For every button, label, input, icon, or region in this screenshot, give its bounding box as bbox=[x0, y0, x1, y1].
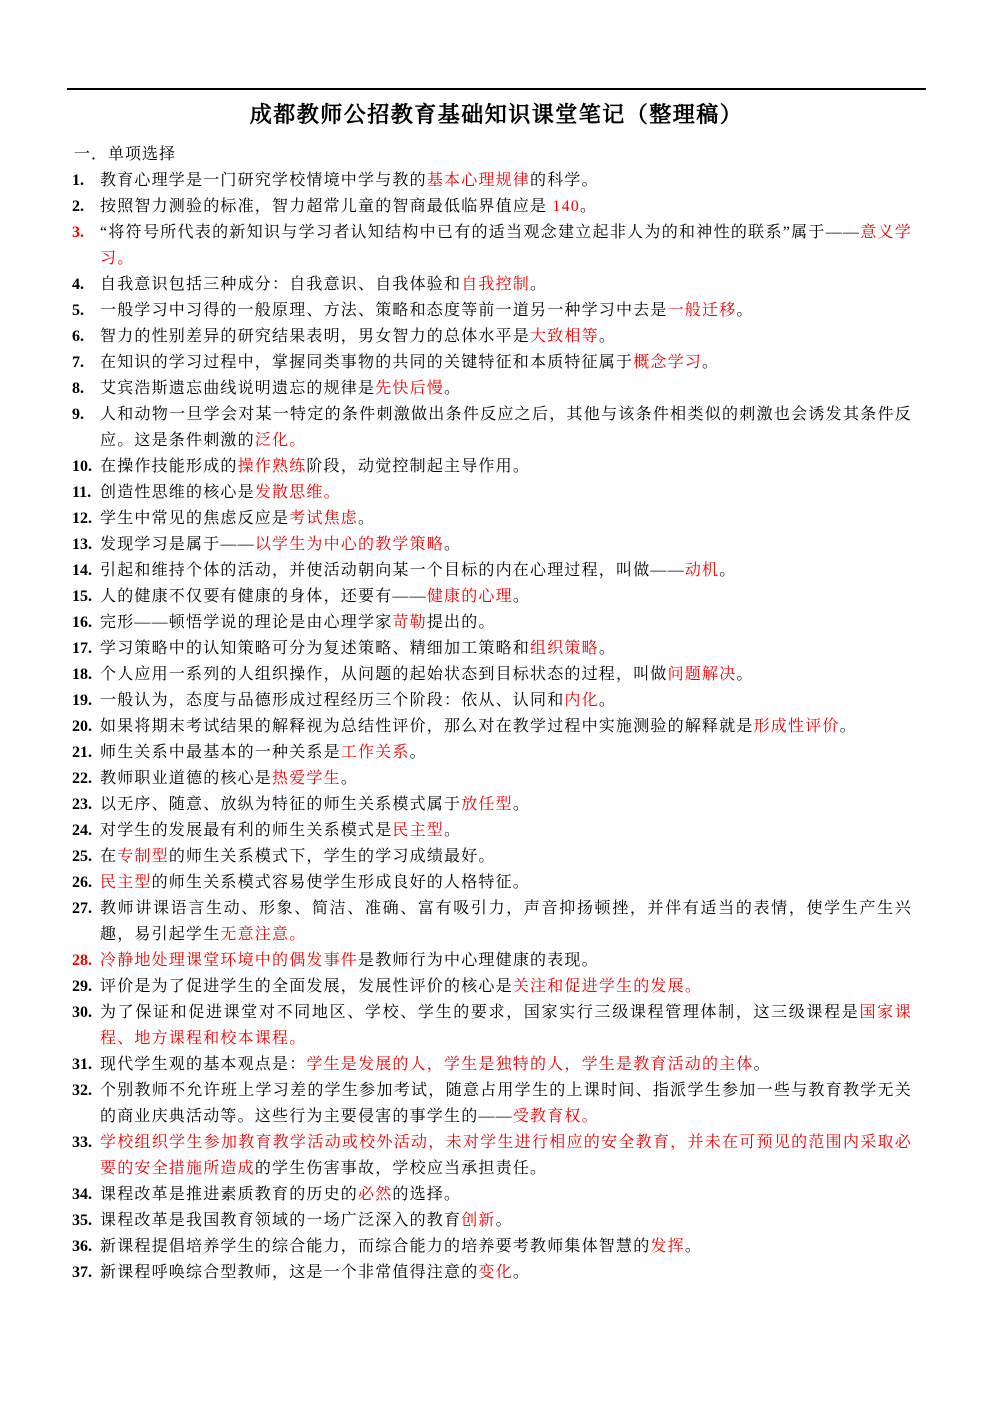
question-text: 教师职业道德的核心是 bbox=[100, 770, 272, 787]
question-text: 人和动物一旦学会对某一特定的条件刺激做出条件反应之后，其他与该条件相类似的刺激也… bbox=[100, 406, 912, 449]
question-text: 一般认为，态度与品德形成过程经历三个阶段：依从、认同和 bbox=[100, 692, 564, 709]
question-text: 的科学。 bbox=[530, 172, 599, 189]
list-item: 16.完形——顿悟学说的理论是由心理学家苛勒提出的。 bbox=[72, 610, 920, 636]
item-number: 18. bbox=[72, 662, 100, 688]
list-item: 24.对学生的发展最有利的师生关系模式是民主型。 bbox=[72, 818, 920, 844]
list-item: 35.课程改革是我国教育领域的一场广泛深入的教育创新。 bbox=[72, 1208, 920, 1234]
highlighted-answer-text: 内化 bbox=[564, 692, 598, 709]
question-text: 智力的性别差异的研究结果表明，男女智力的总体水平是 bbox=[100, 328, 530, 345]
highlighted-answer-text: 组织策略 bbox=[530, 640, 599, 657]
list-item: 10.在操作技能形成的操作熟练阶段，动觉控制起主导作用。 bbox=[72, 454, 920, 480]
highlighted-answer-text: 民主型 bbox=[100, 874, 152, 891]
question-text: 。 bbox=[444, 536, 461, 553]
item-text: 新课程呼唤综合型教师，这是一个非常值得注意的变化。 bbox=[100, 1260, 912, 1286]
item-text: 教育心理学是一门研究学校情境中学与教的基本心理规律的科学。 bbox=[100, 168, 912, 194]
item-text: 学校组织学生参加教育教学活动或校外活动，未对学生进行相应的安全教育，并未在可预见… bbox=[100, 1130, 912, 1182]
list-item: 33.学校组织学生参加教育教学活动或校外活动，未对学生进行相应的安全教育，并未在… bbox=[72, 1130, 920, 1182]
question-text: 教育心理学是一门研究学校情境中学与教的 bbox=[100, 172, 427, 189]
item-number: 19. bbox=[72, 688, 100, 714]
item-number: 9. bbox=[72, 402, 100, 428]
item-number: 32. bbox=[72, 1078, 100, 1104]
question-text: 。 bbox=[513, 588, 530, 605]
item-number: 36. bbox=[72, 1234, 100, 1260]
question-text: 创造性思维的核心是 bbox=[100, 484, 255, 501]
question-text: 个人应用一系列的人组织操作，从问题的起始状态到目标状态的过程，叫做 bbox=[100, 666, 668, 683]
item-number: 30. bbox=[72, 1000, 100, 1026]
item-number: 15. bbox=[72, 584, 100, 610]
question-text: 。 bbox=[410, 744, 427, 761]
highlighted-answer-text: 专制型 bbox=[117, 848, 169, 865]
item-number: 12. bbox=[72, 506, 100, 532]
item-number: 37. bbox=[72, 1260, 100, 1286]
question-text: 新课程呼唤综合型教师，这是一个非常值得注意的 bbox=[100, 1264, 478, 1281]
item-text: 人和动物一旦学会对某一特定的条件刺激做出条件反应之后，其他与该条件相类似的刺激也… bbox=[100, 402, 912, 454]
list-item: 29.评价是为了促进学生的全面发展，发展性评价的核心是关注和促进学生的发展。 bbox=[72, 974, 920, 1000]
question-text: 对学生的发展最有利的师生关系模式是 bbox=[100, 822, 392, 839]
item-text: 评价是为了促进学生的全面发展，发展性评价的核心是关注和促进学生的发展。 bbox=[100, 974, 912, 1000]
list-item: 19.一般认为，态度与品德形成过程经历三个阶段：依从、认同和内化。 bbox=[72, 688, 920, 714]
highlighted-answer-text: 动机 bbox=[685, 562, 719, 579]
highlighted-answer-text: 关注和促进学生的发展。 bbox=[513, 978, 702, 995]
question-text: 在操作技能形成的 bbox=[100, 458, 238, 475]
question-text: 。 bbox=[513, 796, 530, 813]
item-text: 如果将期末考试结果的解释视为总结性评价，那么对在教学过程中实施测验的解释就是形成… bbox=[100, 714, 912, 740]
item-number: 20. bbox=[72, 714, 100, 740]
highlighted-answer-text: 发挥 bbox=[650, 1238, 684, 1255]
item-text: 新课程提倡培养学生的综合能力，而综合能力的培养要考教师集体智慧的发挥。 bbox=[100, 1234, 912, 1260]
question-text: 的师生关系模式下，学生的学习成绩最好。 bbox=[169, 848, 496, 865]
item-number: 10. bbox=[72, 454, 100, 480]
question-text: 。 bbox=[719, 562, 736, 579]
highlighted-answer-text: 冷静地处理课堂环境中的偶发事件 bbox=[100, 952, 358, 969]
item-number: 34. bbox=[72, 1182, 100, 1208]
list-item: 31.现代学生观的基本观点是：学生是发展的人，学生是独特的人，学生是教育活动的主… bbox=[72, 1052, 920, 1078]
question-text: 。 bbox=[580, 198, 597, 215]
item-text: 完形——顿悟学说的理论是由心理学家苛勒提出的。 bbox=[100, 610, 912, 636]
question-text: 学习策略中的认知策略可分为复述策略、精细加工策略和 bbox=[100, 640, 530, 657]
item-text: 智力的性别差异的研究结果表明，男女智力的总体水平是大致相等。 bbox=[100, 324, 912, 350]
item-text: 对学生的发展最有利的师生关系模式是民主型。 bbox=[100, 818, 912, 844]
question-text: 。 bbox=[736, 302, 753, 319]
item-text: 一般学习中习得的一般原理、方法、策略和态度等前一道另一种学习中去是一般迁移。 bbox=[100, 298, 912, 324]
item-number: 29. bbox=[72, 974, 100, 1000]
item-text: 为了保证和促进课堂对不同地区、学校、学生的要求，国家实行三级课程管理体制，这三级… bbox=[100, 1000, 912, 1052]
question-text: 在 bbox=[100, 848, 117, 865]
list-item: 12.学生中常见的焦虑反应是考试焦虑。 bbox=[72, 506, 920, 532]
item-number: 25. bbox=[72, 844, 100, 870]
item-number: 14. bbox=[72, 558, 100, 584]
question-text: 。 bbox=[513, 1264, 530, 1281]
question-text: 课程改革是推进素质教育的历史的 bbox=[100, 1186, 358, 1203]
question-text: 个别教师不允许班上学习差的学生参加考试，随意占用学生的上课时间、指派学生参加一些… bbox=[100, 1082, 912, 1125]
item-text: 教师职业道德的核心是热爱学生。 bbox=[100, 766, 912, 792]
question-list: 1.教育心理学是一门研究学校情境中学与教的基本心理规律的科学。2.按照智力测验的… bbox=[72, 168, 920, 1286]
item-number: 22. bbox=[72, 766, 100, 792]
highlighted-answer-text: 自我控制 bbox=[461, 276, 530, 293]
question-text: 。 bbox=[736, 666, 753, 683]
item-text: 自我意识包括三种成分：自我意识、自我体验和自我控制。 bbox=[100, 272, 912, 298]
item-text: 按照智力测验的标准，智力超常儿童的智商最低临界值应是 140。 bbox=[100, 194, 912, 220]
question-text: 。 bbox=[685, 1238, 702, 1255]
item-number: 24. bbox=[72, 818, 100, 844]
item-number: 33. bbox=[72, 1130, 100, 1156]
item-text: 民主型的师生关系模式容易使学生形成良好的人格特征。 bbox=[100, 870, 912, 896]
highlighted-answer-text: 一般迁移 bbox=[668, 302, 737, 319]
highlighted-answer-text: 以学生为中心的教学策略 bbox=[255, 536, 444, 553]
list-item: 1.教育心理学是一门研究学校情境中学与教的基本心理规律的科学。 bbox=[72, 168, 920, 194]
question-text: 。 bbox=[840, 718, 857, 735]
item-text: 引起和维持个体的活动，并使活动朝向某一个目标的内在心理过程，叫做——动机。 bbox=[100, 558, 912, 584]
item-text: 现代学生观的基本观点是：学生是发展的人，学生是独特的人，学生是教育活动的主体。 bbox=[100, 1052, 912, 1078]
highlighted-answer-text: 无意注意。 bbox=[220, 926, 306, 943]
item-text: 学习策略中的认知策略可分为复述策略、精细加工策略和组织策略。 bbox=[100, 636, 912, 662]
item-text: 在知识的学习过程中，掌握同类事物的共同的关键特征和本质特征属于概念学习。 bbox=[100, 350, 912, 376]
item-text: “将符号所代表的新知识与学习者认知结构中已有的适当观念建立起非人为的和神性的联系… bbox=[100, 220, 912, 272]
question-text: 师生关系中最基本的一种关系是 bbox=[100, 744, 341, 761]
list-item: 32.个别教师不允许班上学习差的学生参加考试，随意占用学生的上课时间、指派学生参… bbox=[72, 1078, 920, 1130]
item-text: 在专制型的师生关系模式下，学生的学习成绩最好。 bbox=[100, 844, 912, 870]
item-text: 以无序、随意、放纵为特征的师生关系模式属于放任型。 bbox=[100, 792, 912, 818]
highlighted-answer-text: 操作熟练 bbox=[238, 458, 307, 475]
question-text: 按照智力测验的标准，智力超常儿童的智商最低临界值应是 bbox=[100, 198, 552, 215]
question-text: 课程改革是我国教育领域的一场广泛深入的教育 bbox=[100, 1212, 461, 1229]
question-text: 是教师行为中心理健康的表现。 bbox=[358, 952, 599, 969]
question-text: 。 bbox=[358, 510, 375, 527]
list-item: 13.发现学习是属于——以学生为中心的教学策略。 bbox=[72, 532, 920, 558]
item-number: 4. bbox=[72, 272, 100, 298]
item-number: 23. bbox=[72, 792, 100, 818]
question-text: 为了保证和促进课堂对不同地区、学校、学生的要求，国家实行三级课程管理体制，这三级… bbox=[100, 1004, 859, 1021]
item-number: 26. bbox=[72, 870, 100, 896]
question-text: 人的健康不仅要有健康的身体，还要有—— bbox=[100, 588, 427, 605]
list-item: 17.学习策略中的认知策略可分为复述策略、精细加工策略和组织策略。 bbox=[72, 636, 920, 662]
item-number: 11. bbox=[72, 480, 100, 506]
list-item: 7.在知识的学习过程中，掌握同类事物的共同的关键特征和本质特征属于概念学习。 bbox=[72, 350, 920, 376]
list-item: 5.一般学习中习得的一般原理、方法、策略和态度等前一道另一种学习中去是一般迁移。 bbox=[72, 298, 920, 324]
list-item: 15.人的健康不仅要有健康的身体，还要有——健康的心理。 bbox=[72, 584, 920, 610]
item-text: 冷静地处理课堂环境中的偶发事件是教师行为中心理健康的表现。 bbox=[100, 948, 912, 974]
question-text: 。 bbox=[444, 822, 461, 839]
item-text: 人的健康不仅要有健康的身体，还要有——健康的心理。 bbox=[100, 584, 912, 610]
highlighted-answer-text: 大致相等 bbox=[530, 328, 599, 345]
list-item: 30.为了保证和促进课堂对不同地区、学校、学生的要求，国家实行三级课程管理体制，… bbox=[72, 1000, 920, 1052]
list-item: 18.个人应用一系列的人组织操作，从问题的起始状态到目标状态的过程，叫做问题解决… bbox=[72, 662, 920, 688]
list-item: 11.创造性思维的核心是发散思维。 bbox=[72, 480, 920, 506]
question-text: 提出的。 bbox=[427, 614, 496, 631]
list-item: 34.课程改革是推进素质教育的历史的必然的选择。 bbox=[72, 1182, 920, 1208]
question-text: 阶段，动觉控制起主导作用。 bbox=[306, 458, 530, 475]
list-item: 14.引起和维持个体的活动，并使活动朝向某一个目标的内在心理过程，叫做——动机。 bbox=[72, 558, 920, 584]
list-item: 2.按照智力测验的标准，智力超常儿童的智商最低临界值应是 140。 bbox=[72, 194, 920, 220]
list-item: 4.自我意识包括三种成分：自我意识、自我体验和自我控制。 bbox=[72, 272, 920, 298]
item-text: 发现学习是属于——以学生为中心的教学策略。 bbox=[100, 532, 912, 558]
item-text: 在操作技能形成的操作熟练阶段，动觉控制起主导作用。 bbox=[100, 454, 912, 480]
list-item: 20.如果将期末考试结果的解释视为总结性评价，那么对在教学过程中实施测验的解释就… bbox=[72, 714, 920, 740]
item-number: 17. bbox=[72, 636, 100, 662]
item-number: 28. bbox=[72, 948, 100, 974]
highlighted-answer-text: 创新 bbox=[461, 1212, 495, 1229]
highlighted-answer-text: 泛化。 bbox=[255, 432, 307, 449]
item-number: 2. bbox=[72, 194, 100, 220]
question-text: 发现学习是属于—— bbox=[100, 536, 255, 553]
list-item: 36.新课程提倡培养学生的综合能力，而综合能力的培养要考教师集体智慧的发挥。 bbox=[72, 1234, 920, 1260]
question-text: 完形——顿悟学说的理论是由心理学家 bbox=[100, 614, 392, 631]
item-text: 个人应用一系列的人组织操作，从问题的起始状态到目标状态的过程，叫做问题解决。 bbox=[100, 662, 912, 688]
highlighted-answer-text: 民主型 bbox=[392, 822, 444, 839]
highlighted-answer-text: 基本心理规律 bbox=[427, 172, 530, 189]
item-number: 27. bbox=[72, 896, 100, 922]
question-text: 如果将期末考试结果的解释视为总结性评价，那么对在教学过程中实施测验的解释就是 bbox=[100, 718, 754, 735]
highlighted-answer-text: 受教育权。 bbox=[513, 1108, 599, 1125]
list-item: 37.新课程呼唤综合型教师，这是一个非常值得注意的变化。 bbox=[72, 1260, 920, 1286]
question-text: 现代学生观的基本观点是： bbox=[100, 1056, 306, 1073]
highlighted-answer-text: 必然 bbox=[358, 1186, 392, 1203]
item-text: 创造性思维的核心是发散思维。 bbox=[100, 480, 912, 506]
question-text: 。 bbox=[599, 640, 616, 657]
item-number: 7. bbox=[72, 350, 100, 376]
highlighted-answer-text: 形成性评价 bbox=[754, 718, 840, 735]
header-divider bbox=[67, 88, 926, 90]
list-item: 8.艾宾浩斯遗忘曲线说明遗忘的规律是先快后慢。 bbox=[72, 376, 920, 402]
list-item: 21.师生关系中最基本的一种关系是工作关系。 bbox=[72, 740, 920, 766]
page-title: 成都教师公招教育基础知识课堂笔记（整理稿） bbox=[0, 98, 993, 129]
item-text: 课程改革是我国教育领域的一场广泛深入的教育创新。 bbox=[100, 1208, 912, 1234]
item-number: 8. bbox=[72, 376, 100, 402]
item-number: 5. bbox=[72, 298, 100, 324]
highlighted-answer-text: 苛勒 bbox=[392, 614, 426, 631]
question-text: 。 bbox=[754, 1056, 771, 1073]
item-number: 6. bbox=[72, 324, 100, 350]
item-number: 16. bbox=[72, 610, 100, 636]
question-text: 以无序、随意、放纵为特征的师生关系模式属于 bbox=[100, 796, 461, 813]
highlighted-answer-text: 考试焦虑 bbox=[289, 510, 358, 527]
section-heading: 一．单项选择 bbox=[74, 144, 176, 166]
highlighted-answer-text: 问题解决 bbox=[668, 666, 737, 683]
highlighted-answer-text: 放任型 bbox=[461, 796, 513, 813]
item-text: 一般认为，态度与品德形成过程经历三个阶段：依从、认同和内化。 bbox=[100, 688, 912, 714]
list-item: 25.在专制型的师生关系模式下，学生的学习成绩最好。 bbox=[72, 844, 920, 870]
question-text: 学生中常见的焦虑反应是 bbox=[100, 510, 289, 527]
question-text: 。 bbox=[444, 380, 461, 397]
question-text: 。 bbox=[496, 1212, 513, 1229]
question-text: 引起和维持个体的活动，并使活动朝向某一个目标的内在心理过程，叫做—— bbox=[100, 562, 685, 579]
highlighted-answer-text: 先快后慢 bbox=[375, 380, 444, 397]
item-number: 1. bbox=[72, 168, 100, 194]
question-text: 的师生关系模式容易使学生形成良好的人格特征。 bbox=[152, 874, 530, 891]
question-text: 评价是为了促进学生的全面发展，发展性评价的核心是 bbox=[100, 978, 513, 995]
item-text: 课程改革是推进素质教育的历史的必然的选择。 bbox=[100, 1182, 912, 1208]
list-item: 26.民主型的师生关系模式容易使学生形成良好的人格特征。 bbox=[72, 870, 920, 896]
list-item: 23.以无序、随意、放纵为特征的师生关系模式属于放任型。 bbox=[72, 792, 920, 818]
question-text: 一般学习中习得的一般原理、方法、策略和态度等前一道另一种学习中去是 bbox=[100, 302, 668, 319]
list-item: 3.“将符号所代表的新知识与学习者认知结构中已有的适当观念建立起非人为的和神性的… bbox=[72, 220, 920, 272]
list-item: 27.教师讲课语言生动、形象、简洁、准确、富有吸引力，声音抑扬顿挫，并伴有适当的… bbox=[72, 896, 920, 948]
question-text: 的选择。 bbox=[392, 1186, 461, 1203]
highlighted-answer-text: 学生是发展的人，学生是独特的人，学生是教育活动的主体 bbox=[306, 1056, 753, 1073]
question-text: 。 bbox=[702, 354, 719, 371]
question-text: 。 bbox=[599, 328, 616, 345]
question-text: 自我意识包括三种成分：自我意识、自我体验和 bbox=[100, 276, 461, 293]
list-item: 6.智力的性别差异的研究结果表明，男女智力的总体水平是大致相等。 bbox=[72, 324, 920, 350]
item-number: 3. bbox=[72, 220, 100, 246]
list-item: 28.冷静地处理课堂环境中的偶发事件是教师行为中心理健康的表现。 bbox=[72, 948, 920, 974]
question-text: 艾宾浩斯遗忘曲线说明遗忘的规律是 bbox=[100, 380, 375, 397]
item-number: 31. bbox=[72, 1052, 100, 1078]
list-item: 9.人和动物一旦学会对某一特定的条件刺激做出条件反应之后，其他与该条件相类似的刺… bbox=[72, 402, 920, 454]
highlighted-answer-text: 健康的心理 bbox=[427, 588, 513, 605]
item-text: 个别教师不允许班上学习差的学生参加考试，随意占用学生的上课时间、指派学生参加一些… bbox=[100, 1078, 912, 1130]
item-number: 21. bbox=[72, 740, 100, 766]
highlighted-answer-text: 热爱学生 bbox=[272, 770, 341, 787]
highlighted-answer-text: 变化 bbox=[478, 1264, 512, 1281]
highlighted-answer-text: 工作关系 bbox=[341, 744, 410, 761]
highlighted-answer-text: 概念学习 bbox=[633, 354, 702, 371]
question-text: 。 bbox=[341, 770, 358, 787]
item-text: 教师讲课语言生动、形象、简洁、准确、富有吸引力，声音抑扬顿挫，并伴有适当的表情，… bbox=[100, 896, 912, 948]
item-text: 艾宾浩斯遗忘曲线说明遗忘的规律是先快后慢。 bbox=[100, 376, 912, 402]
question-text: 。 bbox=[599, 692, 616, 709]
item-text: 学生中常见的焦虑反应是考试焦虑。 bbox=[100, 506, 912, 532]
highlighted-answer-text: 发散思维。 bbox=[255, 484, 341, 501]
highlighted-answer-text: 140 bbox=[552, 198, 580, 215]
question-text: 新课程提倡培养学生的综合能力，而综合能力的培养要考教师集体智慧的 bbox=[100, 1238, 650, 1255]
item-text: 师生关系中最基本的一种关系是工作关系。 bbox=[100, 740, 912, 766]
question-text: 。 bbox=[530, 276, 547, 293]
question-text: 的学生伤害事故，学校应当承担责任。 bbox=[255, 1160, 547, 1177]
item-number: 35. bbox=[72, 1208, 100, 1234]
list-item: 22.教师职业道德的核心是热爱学生。 bbox=[72, 766, 920, 792]
question-text: 在知识的学习过程中，掌握同类事物的共同的关键特征和本质特征属于 bbox=[100, 354, 633, 371]
item-number: 13. bbox=[72, 532, 100, 558]
question-text: “将符号所代表的新知识与学习者认知结构中已有的适当观念建立起非人为的和神性的联系… bbox=[100, 224, 860, 241]
